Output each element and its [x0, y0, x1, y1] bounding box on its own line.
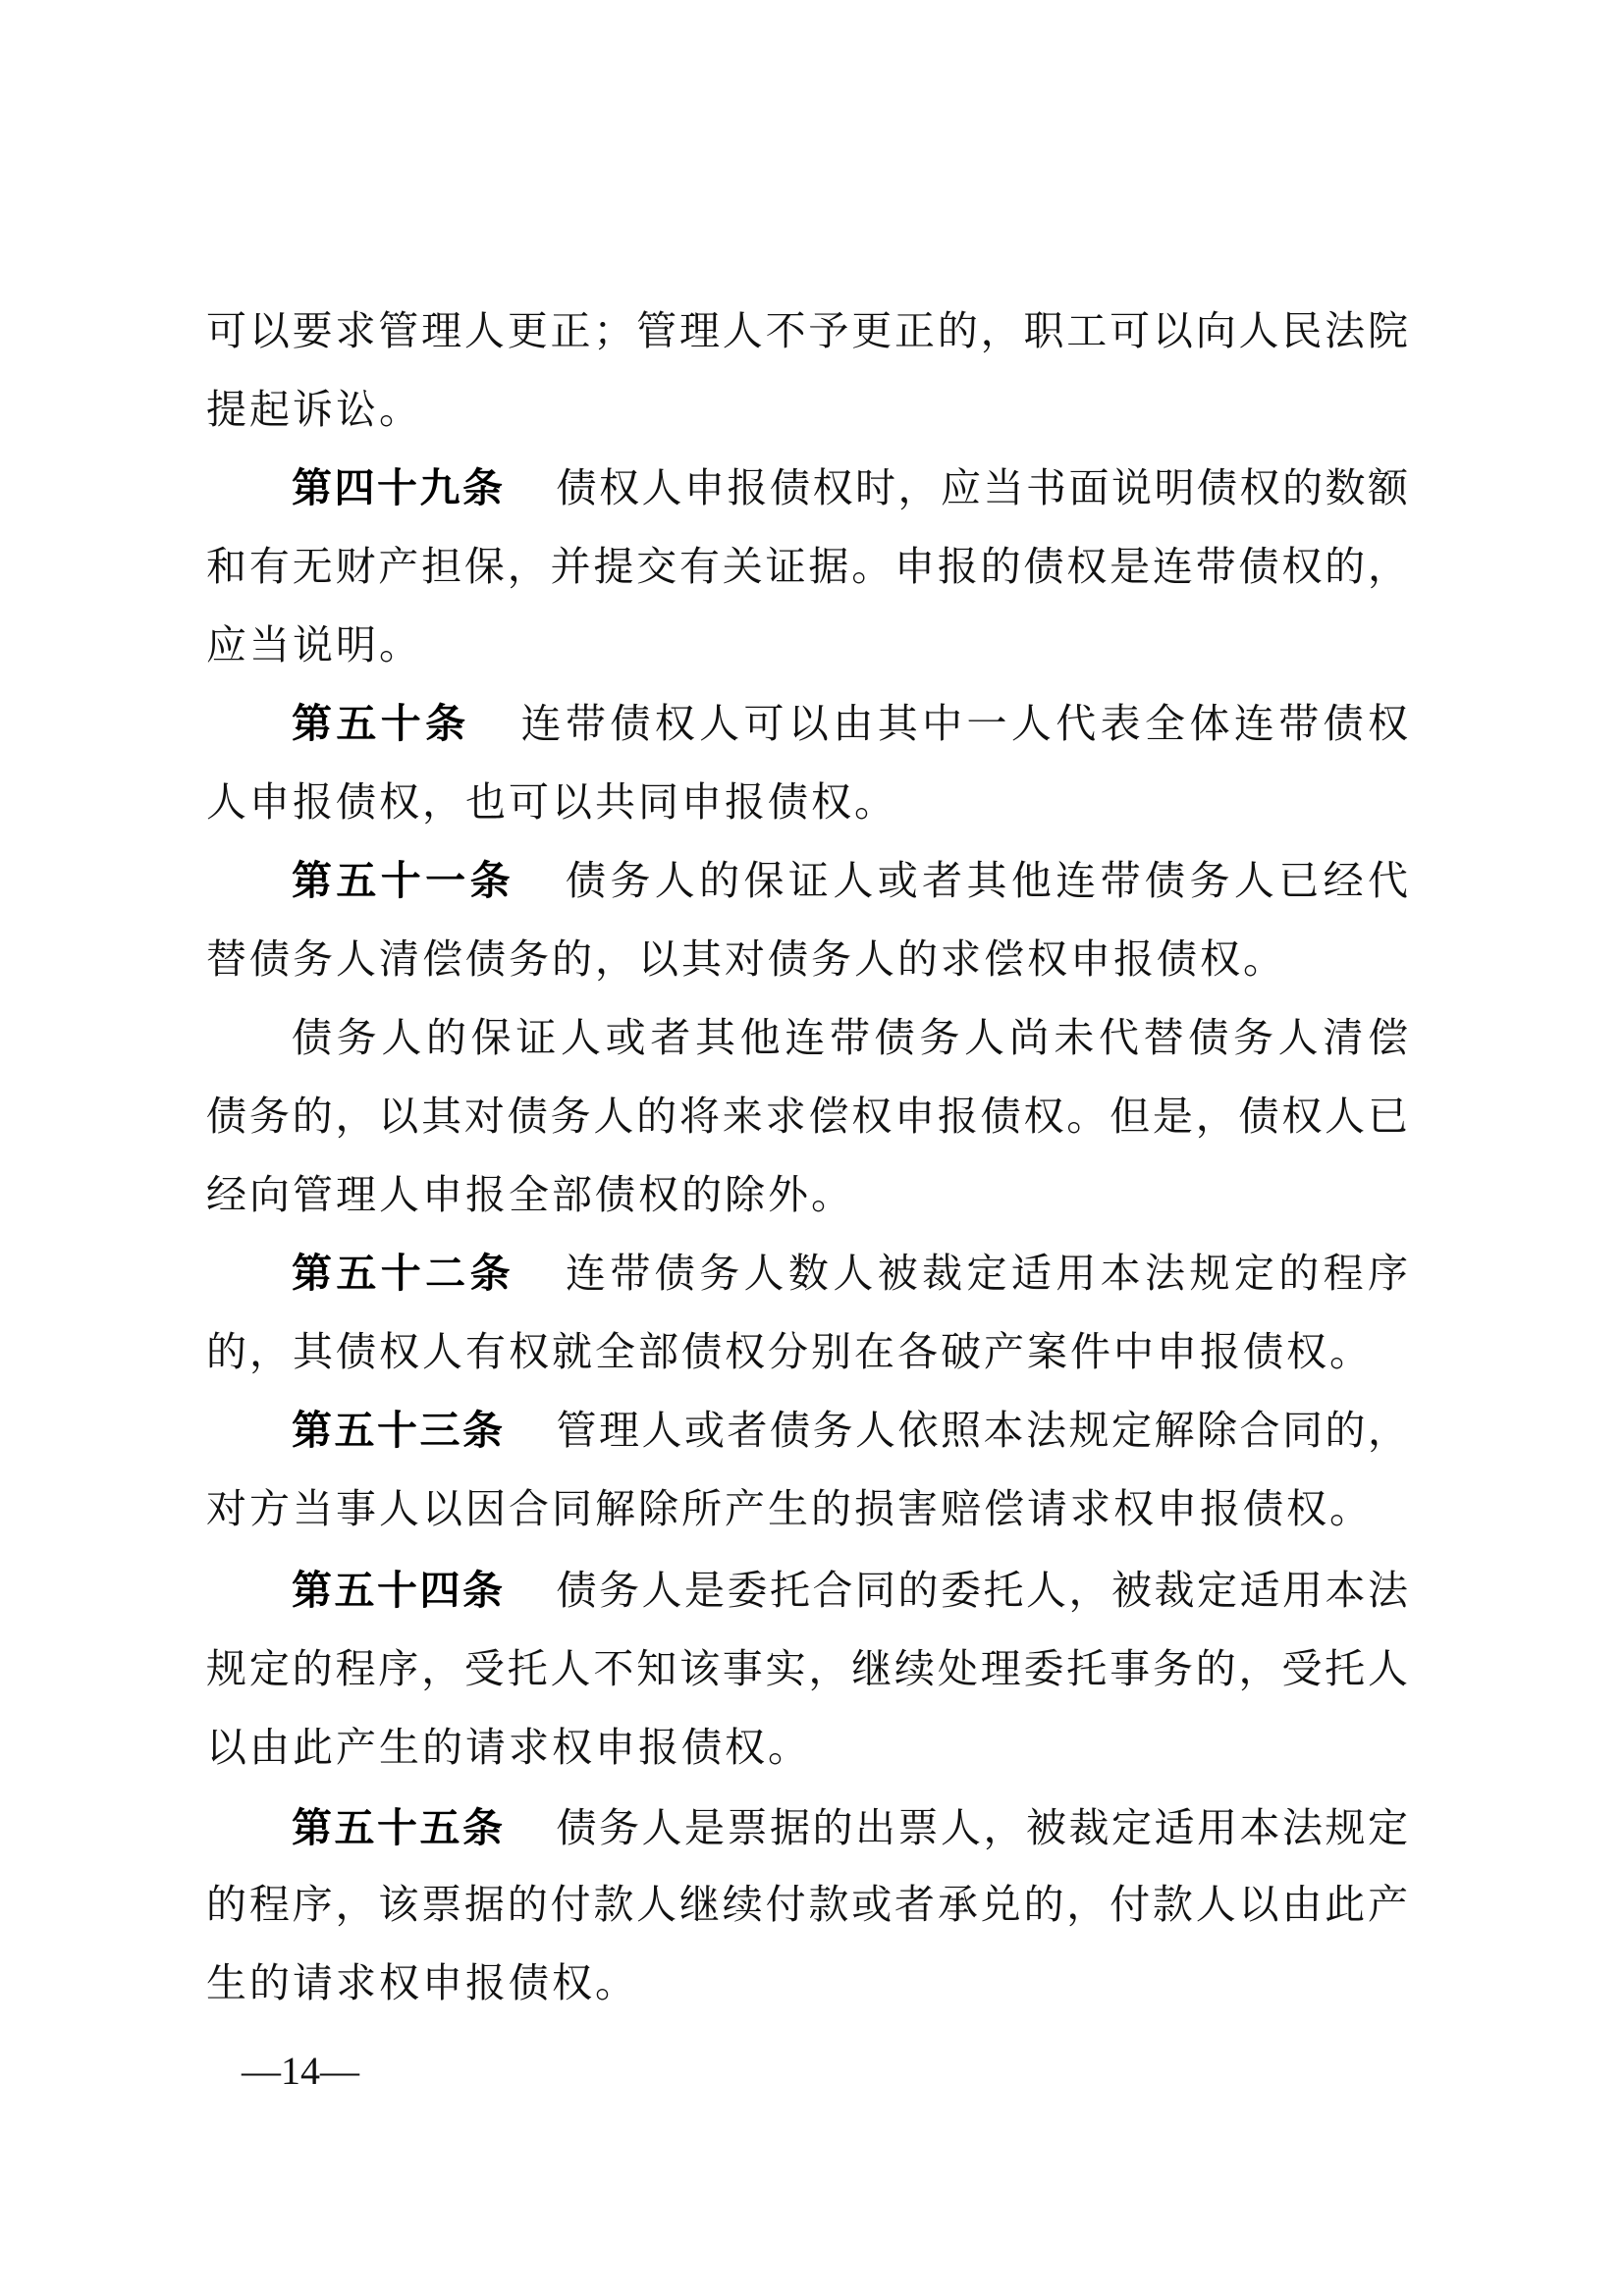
line-text: 经向管理人申报全部债权的除外。: [206, 1171, 854, 1218]
text-line: 可​以​要​求​管​理​人​更​正​；​管​理​人​不​予​更​正​的​，​职​…: [206, 301, 1408, 360]
article-heading: 第五十四条: [292, 1567, 506, 1614]
text-line: 的​程​序​，​该​票​据​的​付​款​人​继​续​付​款​或​者​承​兑​的​…: [206, 1875, 1408, 1934]
text-line: 债​务​人​的​保​证​人​或​者​其​他​连​带​债​务​人​尚​未​代​替​…: [292, 1008, 1408, 1067]
line-text: 连​带​债​权​人​可​以​由​其​中​一​人​代​表​全​体​连​带​债​权: [521, 700, 1408, 747]
article-49: 第四十九条债​权​人​申​报​债​权​时​，​应​当​书​面​说​明​债​权​的…: [292, 458, 1408, 517]
text-line: 生的请求权申报债权。: [206, 1953, 1408, 2012]
text-line: 以由此产生的请求权申报债权。: [206, 1718, 1408, 1777]
line-text: 债​务​的​，​以​其​对​债​务​人​的​将​来​求​偿​权​申​报​债​权​…: [206, 1093, 1408, 1140]
line-text: 的，其债权人有权就全部债权分别在各破产案件中申报债权。: [206, 1328, 1373, 1375]
text-line: 债​务​的​，​以​其​对​债​务​人​的​将​来​求​偿​权​申​报​债​权​…: [206, 1087, 1408, 1146]
article-heading: 第四十九条: [292, 464, 506, 511]
line-text: 人申报债权，也可以共同申报债权。: [206, 778, 897, 826]
line-text: 对方当事人以因合同解除所产生的损害赔偿请求权申报债权。: [206, 1485, 1373, 1532]
line-text: 债​务​人​是​委​托​合​同​的​委​托​人​，​被​裁​定​适​用​本​法: [557, 1567, 1409, 1614]
article-heading: 第五十三条: [292, 1407, 506, 1454]
line-text: 债​务​人​是​票​据​的​出​票​人​，​被​裁​定​适​用​本​法​规​定: [557, 1804, 1409, 1851]
text-line: 应当说明。: [206, 615, 1408, 674]
text-line: 的，其债权人有权就全部债权分别在各破产案件中申报债权。: [206, 1322, 1408, 1381]
line-text: 连​带​债​务​人​数​人​被​裁​定​适​用​本​法​规​定​的​程​序: [566, 1250, 1408, 1297]
text-line: 和​有​无​财​产​担​保​，​并​提​交​有​关​证​据​。​申​报​的​债​…: [206, 537, 1408, 596]
line-text: 替债务人清偿债务的，以其对债务人的求偿权申报债权。: [206, 935, 1286, 983]
line-text: 债​权​人​申​报​债​权​时​，​应​当​书​面​说​明​债​权​的​数​额: [557, 464, 1409, 511]
article-heading: 第五十一条: [292, 857, 514, 904]
line-text: 可​以​要​求​管​理​人​更​正​；​管​理​人​不​予​更​正​的​，​职​…: [206, 307, 1408, 354]
text-line: 规​定​的​程​序​，​受​托​人​不​知​该​事​实​，​继​续​处​理​委​…: [206, 1639, 1408, 1698]
text-line: 替债务人清偿债务的，以其对债务人的求偿权申报债权。: [206, 930, 1408, 988]
text-line: 经向管理人申报全部债权的除外。: [206, 1165, 1408, 1224]
line-text: 债​务​人​的​保​证​人​或​者​其​他​连​带​债​务​人​已​经​代: [566, 857, 1408, 904]
line-text: 管​理​人​或​者​债​务​人​依​照​本​法​规​定​解​除​合​同​的​，: [557, 1407, 1409, 1454]
line-text: 的​程​序​，​该​票​据​的​付​款​人​继​续​付​款​或​者​承​兑​的​…: [206, 1881, 1408, 1928]
page-number: —14—: [242, 2050, 359, 2093]
article-heading: 第五十条: [292, 700, 470, 747]
article-50: 第五十条连​带​债​权​人​可​以​由​其​中​一​人​代​表​全​体​连​带​…: [292, 694, 1408, 753]
article-54: 第五十四条债​务​人​是​委​托​合​同​的​委​托​人​，​被​裁​定​适​用…: [292, 1561, 1408, 1620]
line-text: 债​务​人​的​保​证​人​或​者​其​他​连​带​债​务​人​尚​未​代​替​…: [292, 1014, 1408, 1061]
text-line: 对方当事人以因合同解除所产生的损害赔偿请求权申报债权。: [206, 1479, 1408, 1538]
article-55: 第五十五条债​务​人​是​票​据​的​出​票​人​，​被​裁​定​适​用​本​法…: [292, 1798, 1408, 1857]
line-text: 应当说明。: [206, 621, 422, 668]
document-page: 可​以​要​求​管​理​人​更​正​；​管​理​人​不​予​更​正​的​，​职​…: [0, 0, 1624, 2296]
line-text: 以由此产生的请求权申报债权。: [206, 1724, 811, 1771]
line-text: 生的请求权申报债权。: [206, 1959, 638, 2006]
line-text: 和​有​无​财​产​担​保​，​并​提​交​有​关​证​据​。​申​报​的​债​…: [206, 543, 1408, 590]
article-heading: 第五十五条: [292, 1804, 506, 1851]
line-text: 规​定​的​程​序​，​受​托​人​不​知​该​事​实​，​继​续​处​理​委​…: [206, 1645, 1408, 1692]
article-53: 第五十三条管​理​人​或​者​债​务​人​依​照​本​法​规​定​解​除​合​同…: [292, 1401, 1408, 1460]
text-line: 提起诉讼。: [206, 380, 1408, 439]
article-51: 第五十一条债​务​人​的​保​证​人​或​者​其​他​连​带​债​务​人​已​经…: [292, 851, 1408, 910]
text-line: 人申报债权，也可以共同申报债权。: [206, 773, 1408, 831]
article-52: 第五十二条连​带​债​务​人​数​人​被​裁​定​适​用​本​法​规​定​的​程…: [292, 1244, 1408, 1303]
line-text: 提起诉讼。: [206, 386, 422, 433]
article-heading: 第五十二条: [292, 1250, 514, 1297]
